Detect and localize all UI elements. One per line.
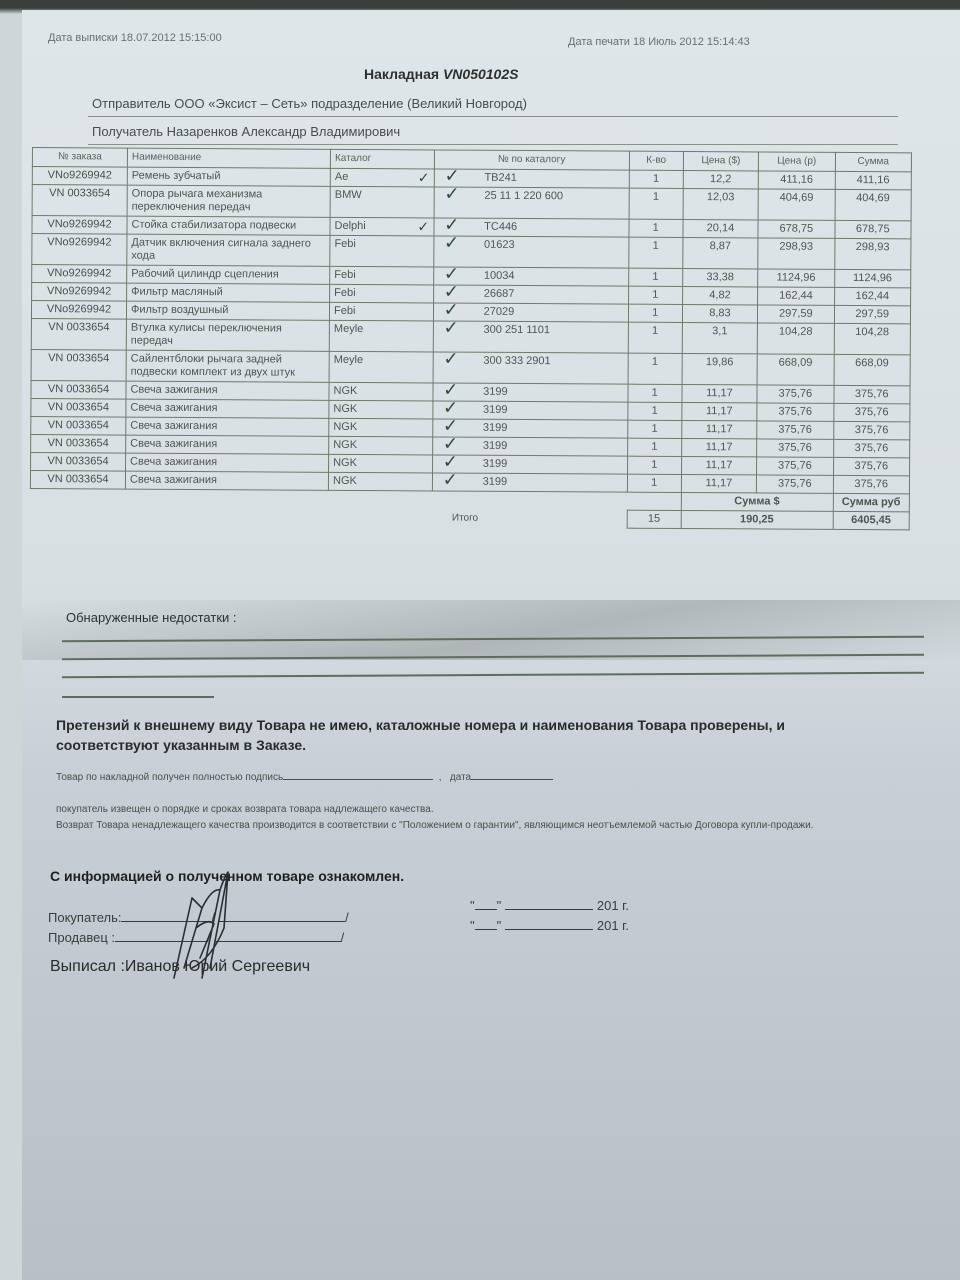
name-cell-text: Свеча зажигания bbox=[130, 456, 217, 469]
catalog-number-cell-text: 3199 bbox=[483, 422, 508, 434]
name-cell-text: Свеча зажигания bbox=[130, 438, 217, 451]
name-cell-text: Фильтр масляный bbox=[131, 286, 223, 299]
invoice-table: № заказа Наименование Каталог № по катал… bbox=[30, 147, 912, 530]
qty-cell: 1 bbox=[629, 170, 683, 188]
order-cell-text: VNo9269942 bbox=[47, 218, 111, 230]
order-cell: VNo9269942 bbox=[31, 301, 126, 320]
catalog-number-cell-text: 26687 bbox=[484, 288, 515, 300]
name-cell-text: Свеча зажигания bbox=[130, 420, 217, 433]
name-cell-text: Втулка кулисы переключения передач bbox=[131, 322, 282, 347]
catalog-number-cell-text: 3199 bbox=[483, 458, 508, 470]
catalog-number-cell-text: 3199 bbox=[483, 386, 508, 398]
price-rub-cell: 668,09 bbox=[757, 354, 834, 385]
name-cell: Рабочий цилиндр сцепления bbox=[127, 265, 330, 284]
catalog-cell: ✓Ae bbox=[330, 168, 434, 187]
catalog-number-cell: 25 11 1 220 600✓ bbox=[434, 187, 629, 219]
sum-cell-text: 375,76 bbox=[855, 406, 889, 418]
price-usd-cell-text: 12,03 bbox=[707, 191, 735, 203]
sum-cell-text: 404,69 bbox=[856, 192, 890, 204]
sum-cell-text: 678,75 bbox=[856, 223, 890, 235]
sum-cell: 668,09 bbox=[834, 354, 911, 385]
col-price-rub: Цена (р) bbox=[759, 152, 835, 171]
name-cell: Свеча зажигания bbox=[126, 399, 329, 418]
catalog-cell: Febi bbox=[329, 302, 433, 321]
catalog-number-cell-text: 3199 bbox=[483, 440, 508, 452]
order-cell: VNo9269942 bbox=[32, 216, 127, 235]
name-cell-text: Свеча зажигания bbox=[130, 384, 217, 397]
col-catalog: Каталог bbox=[330, 149, 434, 169]
sum-cell-text: 375,76 bbox=[854, 478, 888, 490]
catalog-cell: NGK bbox=[329, 436, 433, 455]
order-cell-text: VNo9269942 bbox=[47, 267, 111, 279]
catalog-cell: NGK bbox=[329, 454, 433, 473]
order-cell-text: VNo9269942 bbox=[47, 303, 111, 315]
catalog-number-cell-text: 300 251 1101 bbox=[484, 324, 551, 336]
name-cell-text: Сайлентблоки рычага задней подвески комп… bbox=[131, 353, 295, 379]
invoice-paper: Дата выписки 18.07.2012 15:15:00 Дата пе… bbox=[22, 10, 960, 1280]
order-cell-text: VN 0033654 bbox=[48, 321, 109, 333]
name-cell: Свеча зажигания bbox=[125, 471, 328, 490]
catalog-number-cell-text: 01623 bbox=[484, 239, 515, 251]
price-usd-cell: 19,86 bbox=[682, 353, 758, 384]
qty-cell: 1 bbox=[629, 219, 683, 237]
catalog-cell-text: Ae bbox=[335, 171, 349, 183]
sum-cell-text: 375,76 bbox=[854, 460, 888, 472]
return-notice: покупатель извещен о порядке и сроках во… bbox=[56, 802, 856, 834]
price-usd-cell: 20,14 bbox=[683, 219, 759, 237]
sum-rub-label: Сумма руб bbox=[833, 493, 910, 511]
name-cell-text: Рабочий цилиндр сцепления bbox=[131, 268, 279, 281]
order-cell-text: VNo9269942 bbox=[47, 285, 111, 297]
qty-cell: 1 bbox=[628, 353, 682, 384]
totals-qty: 15 bbox=[627, 510, 681, 528]
received-line: Товар по накладной получен полностью под… bbox=[56, 772, 553, 783]
col-order: № заказа bbox=[32, 148, 127, 168]
col-name: Наименование bbox=[127, 148, 330, 168]
price-usd-cell: 33,38 bbox=[682, 268, 758, 286]
order-cell: VNo9269942 bbox=[32, 234, 127, 266]
catalog-cell-text: NGK bbox=[333, 403, 357, 415]
price-usd-cell-text: 11,17 bbox=[706, 405, 733, 417]
price-rub-cell-text: 104,28 bbox=[779, 326, 813, 338]
checkmark-icon: ✓ bbox=[444, 186, 470, 202]
sum-cell-text: 298,93 bbox=[856, 241, 890, 253]
catalog-cell: ✓Delphi bbox=[330, 217, 434, 236]
received-date-field[interactable] bbox=[471, 779, 553, 780]
price-rub-cell: 375,76 bbox=[757, 439, 833, 457]
claim-statement: Претензий к внешнему виду Товара не имею… bbox=[56, 715, 836, 755]
checkmark-icon: ✓ bbox=[443, 472, 469, 488]
paper-fold-shadow bbox=[22, 600, 960, 660]
qty-cell: 1 bbox=[628, 286, 682, 304]
order-cell: VN 0033654 bbox=[31, 452, 126, 471]
qty-cell-text: 1 bbox=[652, 387, 658, 399]
qty-cell: 1 bbox=[629, 188, 683, 219]
qty-cell-text: 1 bbox=[651, 477, 657, 489]
name-cell-text: Стойка стабилизатора подвески bbox=[131, 219, 296, 232]
order-cell: VN 0033654 bbox=[31, 318, 126, 350]
price-usd-cell-text: 4,82 bbox=[709, 289, 730, 301]
qty-cell-text: 1 bbox=[652, 325, 658, 337]
qty-cell-text: 1 bbox=[651, 423, 657, 435]
name-cell-text: Ремень зубчатый bbox=[132, 170, 221, 183]
sum-cell: 404,69 bbox=[835, 189, 912, 220]
price-usd-cell: 11,17 bbox=[681, 438, 757, 456]
price-rub-cell-text: 375,76 bbox=[778, 478, 812, 490]
price-rub-cell-text: 411,16 bbox=[780, 174, 813, 186]
title-prefix: Накладная bbox=[364, 66, 439, 82]
checkmark-icon: ✓ bbox=[444, 302, 470, 318]
qty-cell-text: 1 bbox=[651, 441, 657, 453]
page-title: Накладная VN050102S bbox=[364, 66, 518, 82]
catalog-cell-text: NGK bbox=[334, 385, 358, 397]
catalog-number-cell: 01623✓ bbox=[433, 236, 628, 268]
buyer-day-field[interactable] bbox=[475, 909, 497, 910]
price-rub-cell: 375,76 bbox=[757, 403, 833, 421]
catalog-cell: NGK bbox=[328, 472, 432, 491]
price-usd-cell-text: 11,17 bbox=[706, 387, 733, 399]
qty-cell: 1 bbox=[628, 322, 682, 353]
price-rub-cell-text: 678,75 bbox=[779, 223, 813, 235]
catalog-cell: Febi bbox=[330, 235, 434, 267]
price-usd-cell: 11,17 bbox=[681, 420, 757, 438]
sum-cell: 104,28 bbox=[834, 323, 911, 354]
defects-line-4[interactable] bbox=[62, 696, 214, 698]
col-sum: Сумма bbox=[835, 152, 912, 171]
qty-cell-text: 1 bbox=[653, 222, 659, 234]
price-rub-cell-text: 375,76 bbox=[778, 424, 812, 436]
checkmark-icon: ✓ bbox=[443, 400, 469, 416]
defects-line-2[interactable] bbox=[62, 654, 924, 661]
order-cell-text: VN 0033654 bbox=[48, 437, 109, 449]
sum-cell: 411,16 bbox=[835, 171, 912, 189]
price-usd-cell-text: 11,17 bbox=[706, 441, 733, 453]
notice-line-2: Возврат Товара ненадлежащего качества пр… bbox=[56, 818, 856, 834]
price-usd-cell-text: 3,1 bbox=[712, 325, 727, 337]
sum-cell-text: 375,76 bbox=[855, 388, 889, 400]
seller-label: Продавец : bbox=[48, 930, 115, 945]
catalog-cell: Meyle bbox=[329, 351, 433, 383]
notice-line-1: покупатель извещен о порядке и сроках во… bbox=[56, 802, 856, 818]
sum-cell-text: 104,28 bbox=[855, 326, 889, 338]
price-rub-cell-text: 404,69 bbox=[780, 192, 814, 204]
order-cell: VNo9269942 bbox=[32, 167, 127, 186]
sum-cell: 1124,96 bbox=[834, 269, 911, 287]
price-rub-cell-text: 1124,96 bbox=[777, 272, 816, 284]
sum-cell-text: 1124,96 bbox=[853, 272, 892, 284]
price-usd-cell: 12,2 bbox=[683, 170, 759, 188]
price-rub-cell-text: 375,76 bbox=[778, 442, 812, 454]
sum-cell: 375,76 bbox=[833, 475, 910, 493]
name-cell: Стойка стабилизатора подвески bbox=[127, 216, 330, 235]
qty-cell: 1 bbox=[627, 456, 681, 474]
order-cell: VN 0033654 bbox=[31, 434, 126, 453]
catalog-cell: Febi bbox=[330, 284, 434, 303]
qty-cell-text: 1 bbox=[653, 191, 659, 203]
catalog-cell-text: Meyle bbox=[334, 323, 363, 335]
name-cell: Свеча зажигания bbox=[126, 453, 329, 472]
qty-cell: 1 bbox=[627, 474, 681, 492]
name-cell: Свеча зажигания bbox=[126, 435, 329, 454]
name-cell: Свеча зажигания bbox=[126, 381, 329, 400]
catalog-cell-text: NGK bbox=[333, 475, 357, 487]
name-cell: Свеча зажигания bbox=[126, 417, 329, 436]
order-cell-text: VN 0033654 bbox=[47, 473, 108, 485]
catalog-number-cell-text: TC446 bbox=[484, 221, 517, 233]
qty-cell-text: 1 bbox=[652, 307, 658, 319]
catalog-cell: NGK bbox=[329, 418, 433, 437]
sender-underline bbox=[88, 116, 898, 117]
checkmark-icon: ✓ bbox=[444, 235, 470, 251]
catalog-cell-text: Febi bbox=[334, 287, 355, 299]
catalog-number-cell-text: 25 11 1 220 600 bbox=[484, 190, 563, 202]
catalog-number-cell: 300 251 1101✓ bbox=[433, 321, 628, 353]
sum-cell: 678,75 bbox=[834, 220, 911, 238]
price-usd-cell: 8,87 bbox=[683, 237, 759, 268]
catalog-number-cell: 3199✓ bbox=[432, 473, 627, 492]
sum-cell: 375,76 bbox=[833, 439, 910, 457]
buyer-label: Покупатель: bbox=[48, 910, 121, 925]
qty-cell: 1 bbox=[628, 268, 682, 286]
catalog-cell-text: Delphi bbox=[335, 220, 366, 232]
price-usd-cell: 3,1 bbox=[682, 322, 758, 353]
price-rub-cell: 162,44 bbox=[758, 287, 834, 305]
order-cell: VN 0033654 bbox=[32, 185, 127, 217]
name-cell-text: Свеча зажигания bbox=[130, 474, 217, 487]
qty-cell-text: 1 bbox=[652, 289, 658, 301]
order-cell-text: VNo9269942 bbox=[48, 169, 112, 181]
sender-line: Отправитель ООО «Эксист – Сеть» подразде… bbox=[92, 96, 527, 111]
price-rub-cell: 404,69 bbox=[758, 189, 835, 220]
order-cell: VN 0033654 bbox=[31, 416, 126, 435]
order-cell: VNo9269942 bbox=[32, 283, 127, 302]
order-cell: VN 0033654 bbox=[31, 349, 126, 381]
catalog-cell: Febi bbox=[330, 266, 434, 285]
price-rub-cell: 298,93 bbox=[758, 238, 835, 269]
sum-cell: 375,76 bbox=[833, 421, 910, 439]
price-usd-cell: 8,83 bbox=[682, 304, 758, 322]
sum-usd-label: Сумма $ bbox=[681, 492, 833, 511]
price-rub-cell-text: 375,76 bbox=[778, 388, 812, 400]
qty-cell-text: 1 bbox=[651, 459, 657, 471]
received-signature-field[interactable] bbox=[283, 779, 433, 780]
price-usd-cell: 4,82 bbox=[682, 286, 758, 304]
defects-label: Обнаруженные недостатки : bbox=[66, 610, 237, 625]
name-cell: Фильтр воздушный bbox=[126, 301, 329, 320]
order-cell-text: VN 0033654 bbox=[48, 419, 109, 431]
price-rub-cell-text: 297,59 bbox=[779, 308, 813, 320]
catalog-cell-text: Febi bbox=[334, 269, 355, 281]
price-usd-cell: 11,17 bbox=[682, 402, 758, 420]
sum-cell: 375,76 bbox=[833, 457, 910, 475]
qty-cell: 1 bbox=[628, 384, 682, 402]
catalog-cell: Meyle bbox=[329, 320, 433, 352]
invoice-number: VN050102S bbox=[443, 66, 519, 82]
price-usd-cell: 12,03 bbox=[683, 188, 759, 219]
seller-date-row: "" 201 г. bbox=[470, 918, 629, 933]
order-cell-text: VN 0033654 bbox=[47, 455, 108, 467]
price-usd-cell-text: 8,87 bbox=[710, 240, 731, 252]
catalog-checkmark-icon: ✓ bbox=[417, 220, 429, 232]
price-rub-cell: 411,16 bbox=[758, 171, 834, 189]
name-cell-text: Датчик включения сигнала заднего хода bbox=[131, 237, 311, 262]
catalog-cell-text: NGK bbox=[333, 439, 357, 451]
recipient-line: Получатель Назаренков Александр Владимир… bbox=[92, 124, 400, 139]
order-cell: VN 0033654 bbox=[31, 380, 126, 399]
name-cell: Сайлентблоки рычага задней подвески комп… bbox=[126, 350, 329, 382]
catalog-number-cell-text: 3199 bbox=[483, 404, 508, 416]
issue-date: Дата выписки 18.07.2012 15:15:00 bbox=[48, 32, 222, 44]
order-cell: VN 0033654 bbox=[31, 398, 126, 417]
sum-cell-text: 668,09 bbox=[855, 357, 889, 369]
price-usd-cell-text: 11,17 bbox=[706, 459, 733, 471]
checkmark-icon: ✓ bbox=[443, 418, 469, 434]
table-body: VNo9269942Ремень зубчатый✓AeTB241✓112,24… bbox=[30, 167, 911, 494]
price-rub-cell: 297,59 bbox=[758, 305, 834, 323]
checkmark-icon: ✓ bbox=[443, 382, 469, 398]
qty-cell-text: 1 bbox=[652, 356, 658, 368]
qty-cell: 1 bbox=[629, 237, 683, 268]
buyer-month-field[interactable] bbox=[505, 909, 593, 910]
sum-cell: 375,76 bbox=[833, 403, 910, 421]
qty-cell: 1 bbox=[627, 438, 681, 456]
catalog-cell-text: Febi bbox=[334, 305, 355, 317]
price-usd-cell-text: 11,17 bbox=[706, 423, 733, 435]
catalog-number-cell-text: 27029 bbox=[484, 306, 515, 318]
sum-cell-text: 297,59 bbox=[855, 308, 889, 320]
catalog-cell-text: BMW bbox=[335, 189, 362, 201]
sum-cell: 298,93 bbox=[834, 238, 911, 269]
price-usd-cell: 11,17 bbox=[681, 474, 757, 492]
order-cell: VN 0033654 bbox=[30, 470, 125, 489]
price-rub-cell-text: 668,09 bbox=[779, 357, 813, 369]
qty-cell-text: 1 bbox=[653, 240, 659, 252]
seller-day-field[interactable] bbox=[475, 929, 497, 930]
sum-cell: 162,44 bbox=[834, 287, 911, 305]
catalog-cell: NGK bbox=[329, 382, 433, 401]
totals-label: Итого bbox=[432, 509, 627, 528]
buyer-date-row: "" 201 г. bbox=[470, 898, 629, 913]
qty-cell: 1 bbox=[628, 402, 682, 420]
price-rub-cell: 375,76 bbox=[757, 421, 833, 439]
catalog-cell: NGK bbox=[329, 400, 433, 419]
recipient-underline bbox=[88, 144, 898, 145]
name-cell: Ремень зубчатый bbox=[127, 167, 330, 186]
name-cell-text: Свеча зажигания bbox=[130, 402, 217, 415]
sum-cell: 375,76 bbox=[833, 385, 910, 403]
catalog-number-cell-text: 3199 bbox=[483, 476, 508, 488]
price-rub-cell-text: 375,76 bbox=[778, 460, 812, 472]
col-qty: К-во bbox=[629, 151, 683, 170]
name-cell: Фильтр масляный bbox=[127, 283, 330, 302]
order-cell: VNo9269942 bbox=[32, 265, 127, 284]
sum-cell: 297,59 bbox=[834, 305, 911, 323]
issued-by: Выписал :Иванов Юрий Сергеевич bbox=[50, 958, 310, 976]
checkmark-icon: ✓ bbox=[444, 320, 470, 336]
catalog-cell: BMW bbox=[330, 186, 434, 218]
checkmark-icon: ✓ bbox=[443, 454, 469, 470]
checkmark-icon: ✓ bbox=[444, 284, 470, 300]
checkmark-icon: ✓ bbox=[443, 351, 469, 367]
buyer-year-suffix: 201 г. bbox=[597, 898, 629, 913]
order-cell-text: VNo9269942 bbox=[47, 236, 111, 248]
order-cell-text: VN 0033654 bbox=[48, 383, 109, 395]
order-cell-text: VN 0033654 bbox=[48, 352, 109, 364]
catalog-cell-text: NGK bbox=[333, 457, 357, 469]
checkmark-icon: ✓ bbox=[444, 217, 470, 233]
catalog-number-cell-text: TB241 bbox=[484, 172, 516, 184]
sum-cell-text: 375,76 bbox=[855, 442, 889, 454]
sum-cell-text: 162,44 bbox=[855, 290, 889, 302]
price-usd-cell-text: 20,14 bbox=[707, 222, 735, 234]
price-rub-cell: 375,76 bbox=[757, 475, 833, 493]
name-cell: Опора рычага механизма переключения пере… bbox=[127, 185, 330, 217]
price-rub-cell-text: 298,93 bbox=[779, 241, 813, 253]
qty-cell: 1 bbox=[627, 420, 681, 438]
price-rub-cell-text: 375,76 bbox=[778, 406, 812, 418]
catalog-checkmark-icon: ✓ bbox=[418, 171, 430, 183]
price-rub-cell-text: 162,44 bbox=[779, 290, 813, 302]
qty-cell-text: 1 bbox=[652, 405, 658, 417]
seller-year-suffix: 201 г. bbox=[597, 918, 629, 933]
print-date: Дата печати 18 Июль 2012 15:14:43 bbox=[568, 36, 750, 48]
catalog-number-cell-text: 10034 bbox=[484, 270, 515, 282]
price-rub-cell: 1124,96 bbox=[758, 269, 834, 287]
seller-month-field[interactable] bbox=[505, 929, 593, 930]
catalog-cell-text: Meyle bbox=[334, 354, 363, 366]
checkmark-icon: ✓ bbox=[443, 436, 469, 452]
price-usd-cell-text: 12,2 bbox=[710, 173, 731, 185]
price-rub-cell: 375,76 bbox=[757, 385, 833, 403]
price-usd-cell: 11,17 bbox=[682, 384, 758, 402]
price-usd-cell: 11,17 bbox=[681, 456, 757, 474]
price-rub-cell: 375,76 bbox=[757, 457, 833, 475]
qty-cell: 1 bbox=[628, 304, 682, 322]
col-price-usd: Цена ($) bbox=[683, 151, 759, 170]
catalog-cell-text: Febi bbox=[334, 238, 355, 250]
catalog-number-cell-text: 300 333 2901 bbox=[483, 355, 550, 367]
name-cell: Датчик включения сигнала заднего хода bbox=[127, 234, 330, 266]
name-cell-text: Опора рычага механизма переключения пере… bbox=[132, 188, 263, 214]
catalog-cell-text: NGK bbox=[333, 421, 357, 433]
name-cell-text: Фильтр воздушный bbox=[131, 304, 228, 317]
price-usd-cell-text: 8,83 bbox=[709, 307, 730, 319]
price-usd-cell-text: 19,86 bbox=[706, 356, 734, 368]
catalog-number-cell: 300 333 2901✓ bbox=[433, 352, 628, 384]
sum-cell-text: 411,16 bbox=[857, 174, 890, 186]
price-rub-cell: 678,75 bbox=[758, 220, 834, 238]
totals-usd: 190,25 bbox=[681, 510, 833, 529]
price-rub-cell: 104,28 bbox=[757, 323, 834, 354]
checkmark-icon: ✓ bbox=[444, 168, 470, 184]
qty-cell-text: 1 bbox=[652, 271, 658, 283]
defects-line-1[interactable] bbox=[62, 636, 924, 643]
received-date-label: дата bbox=[450, 772, 471, 783]
sum-cell-text: 375,76 bbox=[855, 424, 889, 436]
order-cell-text: VN 0033654 bbox=[49, 187, 110, 199]
defects-line-3[interactable] bbox=[62, 672, 924, 679]
received-text: Товар по накладной получен полностью под… bbox=[56, 772, 283, 783]
qty-cell-text: 1 bbox=[653, 173, 659, 185]
order-cell-text: VN 0033654 bbox=[48, 401, 109, 413]
price-usd-cell-text: 11,17 bbox=[706, 477, 733, 489]
checkmark-icon: ✓ bbox=[444, 266, 470, 282]
name-cell: Втулка кулисы переключения передач bbox=[126, 319, 329, 351]
totals-rub: 6405,45 bbox=[833, 511, 910, 529]
price-usd-cell-text: 33,38 bbox=[706, 271, 734, 283]
